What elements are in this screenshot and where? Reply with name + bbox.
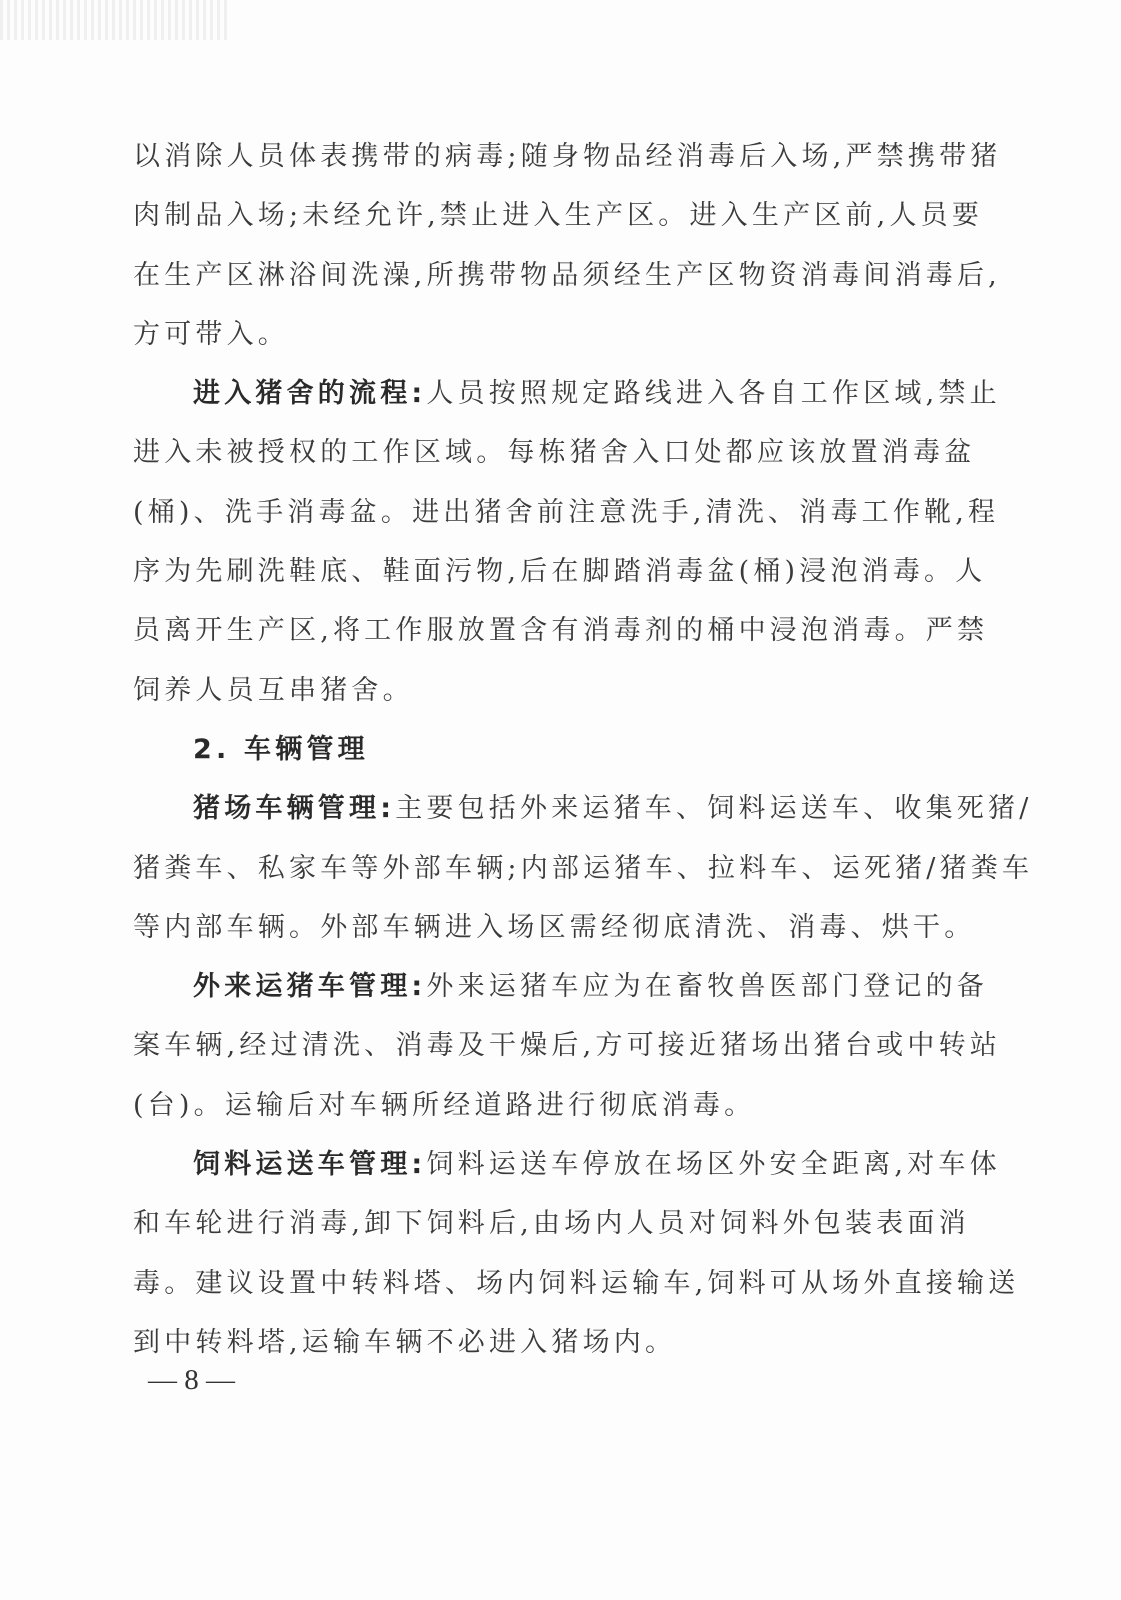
paragraph-first-line: 猪场车辆管理:主要包括外来运猪车、饲料运送车、收集死猪/ (133, 779, 969, 838)
text-line: 案车辆,经过清洗、消毒及干燥后,方可接近猪场出猪台或中转站 (133, 1016, 969, 1075)
page-body: 以消除人员体表携带的病毒;随身物品经消毒后入场,严禁携带猪 肉制品入场;未经允许… (133, 127, 969, 1372)
text-line: 进入未被授权的工作区域。每栋猪舍入口处都应该放置消毒盆 (133, 423, 969, 482)
paragraph-first-line: 外来运猪车管理:外来运猪车应为在畜牧兽医部门登记的备 (133, 957, 969, 1016)
paragraph-lead: 猪场车辆管理: (193, 793, 395, 824)
paragraph-lead: 饲料运送车管理: (193, 1149, 426, 1180)
text-line: 和车轮进行消毒,卸下饲料后,由场内人员对饲料外包装表面消 (133, 1194, 969, 1253)
text-line: 以消除人员体表携带的病毒;随身物品经消毒后入场,严禁携带猪 (133, 127, 969, 186)
section-heading: 2. 车辆管理 (133, 720, 969, 779)
text-span: 人员按照规定路线进入各自工作区域,禁止 (426, 378, 1000, 409)
paragraph-lead: 外来运猪车管理: (193, 971, 426, 1002)
paragraph-lead: 进入猪舍的流程: (193, 378, 426, 409)
scan-bleed-through (0, 0, 230, 40)
text-line: 在生产区淋浴间洗澡,所携带物品须经生产区物资消毒间消毒后, (133, 246, 969, 305)
text-span: 主要包括外来运猪车、饲料运送车、收集死猪/ (395, 793, 1032, 824)
text-line: (台)。运输后对车辆所经道路进行彻底消毒。 (133, 1076, 969, 1135)
paragraph-first-line: 进入猪舍的流程:人员按照规定路线进入各自工作区域,禁止 (133, 364, 969, 423)
text-line: 等内部车辆。外部车辆进入场区需经彻底清洗、消毒、烘干。 (133, 898, 969, 957)
text-line: 饲养人员互串猪舍。 (133, 661, 969, 720)
text-span: 饲料运送车停放在场区外安全距离,对车体 (426, 1149, 1000, 1180)
paragraph-first-line: 饲料运送车管理:饲料运送车停放在场区外安全距离,对车体 (133, 1135, 969, 1194)
page-number: — 8 — (148, 1364, 235, 1397)
text-line: 方可带入。 (133, 305, 969, 364)
text-line: (桶)、洗手消毒盆。进出猪舍前注意洗手,清洗、消毒工作靴,程 (133, 483, 969, 542)
text-line: 肉制品入场;未经允许,禁止进入生产区。进入生产区前,人员要 (133, 186, 969, 245)
text-span: 外来运猪车应为在畜牧兽医部门登记的备 (426, 971, 988, 1002)
text-line: 毒。建议设置中转料塔、场内饲料运输车,饲料可从场外直接输送 (133, 1254, 969, 1313)
text-line: 到中转料塔,运输车辆不必进入猪场内。 (133, 1313, 969, 1372)
text-line: 猪粪车、私家车等外部车辆;内部运猪车、拉料车、运死猪/猪粪车 (133, 839, 969, 898)
text-line: 序为先刷洗鞋底、鞋面污物,后在脚踏消毒盆(桶)浸泡消毒。人 (133, 542, 969, 601)
text-line: 员离开生产区,将工作服放置含有消毒剂的桶中浸泡消毒。严禁 (133, 601, 969, 660)
